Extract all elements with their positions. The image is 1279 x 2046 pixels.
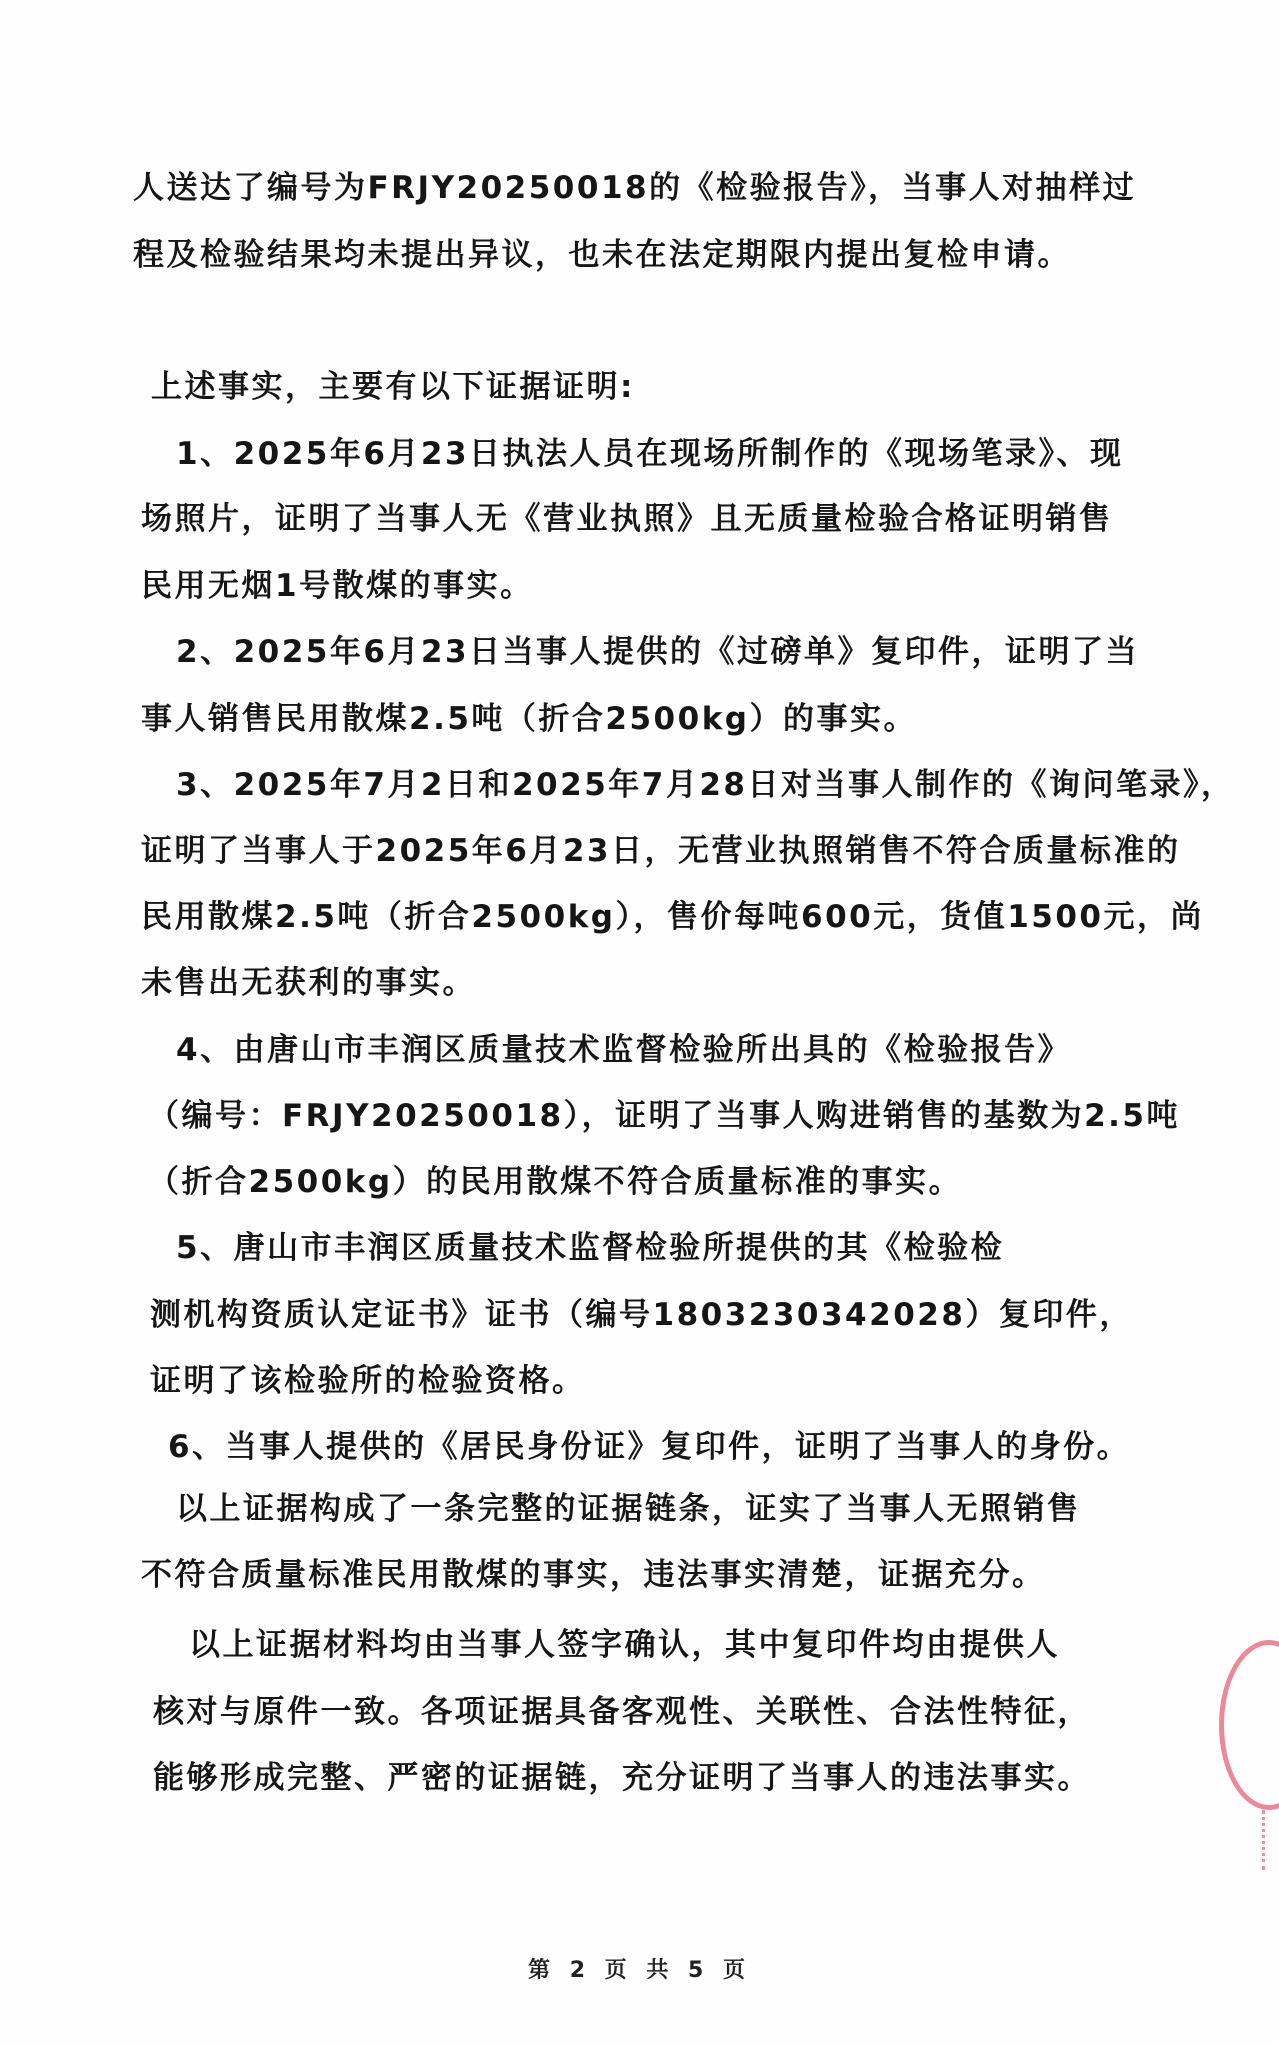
text-line: 未售出无获利的事实。	[141, 963, 476, 1003]
evidence-item-5: 5、唐山市丰润区质量技术监督检验所提供的其《检验检	[176, 1228, 1004, 1268]
text-line: 民用散煤2.5吨（折合2500kg），售价每吨600元，货值1500元，尚	[141, 897, 1204, 937]
text-line: （折合2500kg）的民用散煤不符合质量标准的事实。	[148, 1162, 962, 1202]
evidence-item-3: 3、2025年7月2日和2025年7月28日对当事人制作的《询问笔录》，	[176, 765, 1234, 805]
seal-edge-mark	[1262, 1810, 1277, 1870]
text-line: （编号：FRJY20250018），证明了当事人购进销售的基数为2.5吨	[148, 1096, 1180, 1136]
confirmation-paragraph: 以上证据材料均由当事人签字确认，其中复印件均由提供人	[189, 1625, 1060, 1665]
text-line: 程及检验结果均未提出异议，也未在法定期限内提出复检申请。	[133, 235, 1071, 275]
official-seal-stamp	[1219, 1640, 1279, 1810]
text-line: 场照片，证明了当事人无《营业执照》且无质量检验合格证明销售	[141, 499, 1113, 539]
text-line: 不符合质量标准民用散煤的事实，违法事实清楚，证据充分。	[141, 1555, 1046, 1595]
text-line: 测机构资质认定证书》证书（编号180323034​2028）复印件，	[150, 1295, 1133, 1335]
evidence-item-6: 6、当事人提供的《居民身份证》复印件，证明了当事人的身份。	[168, 1427, 1130, 1467]
document-page: 人送达了编号为FRJY20250018的《检验报告》，当事人对抽样过 程及检验结…	[0, 0, 1279, 2046]
evidence-item-1: 1、2025年6月23日执法人员在现场所制作的《现场笔录》、现	[176, 434, 1124, 474]
text-line: 事人销售民用散煤2.5吨（折合2500kg）的事实。	[141, 699, 917, 739]
evidence-item-2: 2、2025年6月23日当事人提供的《过磅单》复印件，证明了当	[176, 632, 1139, 672]
text-line: 能够形成完整、严密的证据链，充分证明了当事人的违法事实。	[153, 1758, 1091, 1798]
text-line: 核对与原件一致。各项证据具备客观性、关联性、合法性特征，	[153, 1692, 1091, 1732]
text-line: 证明了当事人于2025年6月23日，无营业执照销售不符合质量标准的	[141, 831, 1181, 871]
text-line: 人送达了编号为FRJY20250018的《检验报告》，当事人对抽样过	[133, 168, 1136, 208]
page-number-footer: 第 2 页 共 5 页	[0, 1953, 1279, 1984]
text-line: 民用无烟1号散煤的事实。	[141, 566, 534, 606]
section-heading: 上述事实，主要有以下证据证明:	[151, 367, 635, 407]
text-line: 证明了该检验所的检验资格。	[150, 1361, 586, 1401]
conclusion-paragraph: 以上证据构成了一条完整的证据链条，证实了当事人无照销售	[176, 1489, 1081, 1529]
evidence-item-4: 4、由唐山市丰润区质量技术监督检验所出具的《检验报告》	[176, 1030, 1071, 1070]
